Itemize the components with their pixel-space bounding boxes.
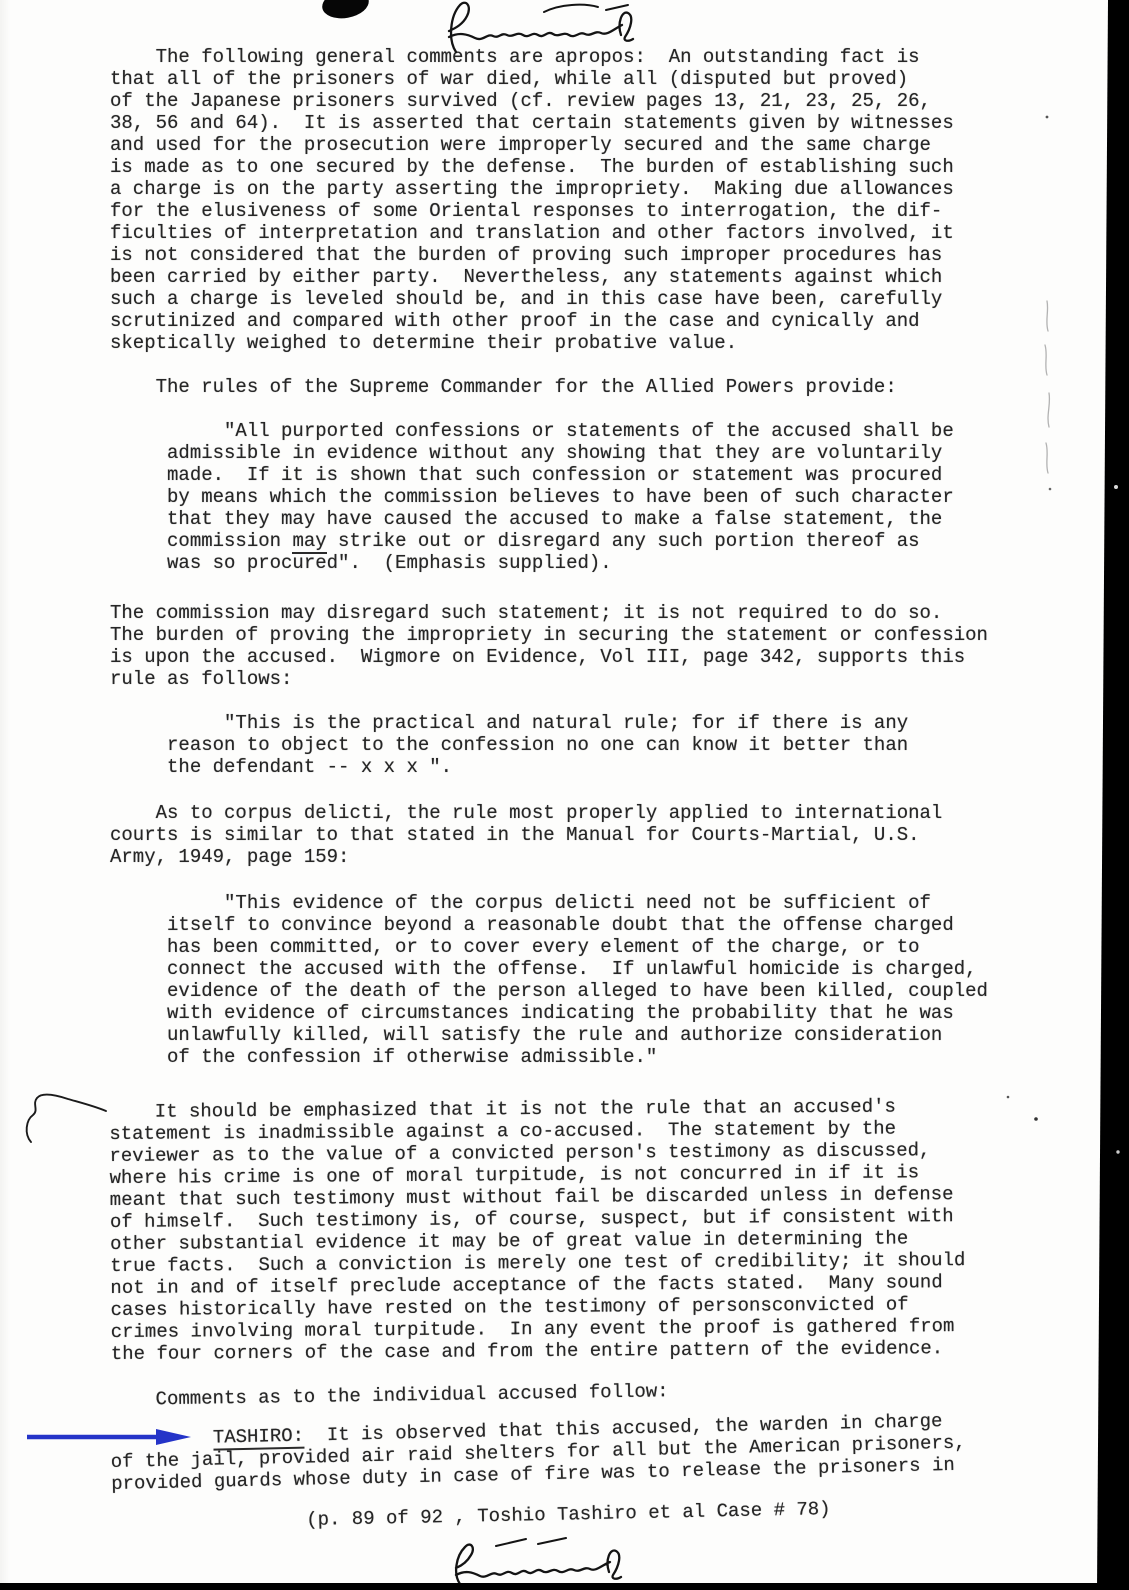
- text-line: that they may have caused the accused to…: [110, 508, 1090, 530]
- text-line: that all of the prisoners of war died, w…: [110, 68, 1090, 90]
- margin-pen-mark: [20, 1086, 130, 1148]
- text-line: and used for the prosecution were improp…: [110, 134, 1090, 156]
- handwritten-restricted-top: [432, 0, 682, 54]
- wigmore-quote: "This is the practical and natural rule;…: [110, 712, 1090, 778]
- handwritten-restricted-bottom: [440, 1536, 690, 1590]
- tashiro-paragraph: TASHIRO: It is observed that this accuse…: [110, 1407, 1091, 1495]
- text-line: for the elusiveness of some Oriental res…: [110, 200, 1090, 222]
- text-line: 38, 56 and 64). It is asserted that cert…: [110, 112, 1090, 134]
- text-line: been carried by either party. Neverthele…: [110, 266, 1090, 288]
- ink-blob: [320, 0, 371, 22]
- pencil-margin-marks: [1034, 295, 1078, 495]
- text-line: such a charge is leveled should be, and …: [110, 288, 1090, 310]
- page-citation: (p. 89 of 92 , Toshio Tashiro et al Case…: [306, 1493, 1090, 1531]
- text-line: admissible in evidence without any showi…: [110, 442, 1090, 464]
- text-line: The burden of proving the impropriety in…: [110, 624, 1090, 646]
- document-body: The following general comments are aprop…: [110, 46, 1090, 1531]
- text-line: Army, 1949, page 159:: [110, 846, 1090, 868]
- text-line: a charge is on the party asserting the i…: [110, 178, 1090, 200]
- co-accused-paragraph: It should be emphasized that it is not t…: [109, 1094, 1091, 1365]
- text-line: unlawfully killed, will satisfy the rule…: [110, 1024, 1090, 1046]
- scan-edge-bottom: [0, 1583, 1129, 1590]
- text-line: "All purported confessions or statements…: [110, 420, 1090, 442]
- text-line: skeptically weighed to determine their p…: [110, 332, 1090, 354]
- scanned-page: The following general comments are aprop…: [0, 0, 1129, 1590]
- text-line: is made as to one secured by the defense…: [110, 156, 1090, 178]
- text-line: of the confession if otherwise admissibl…: [110, 1046, 1090, 1068]
- text-line: itself to convince beyond a reasonable d…: [110, 914, 1090, 936]
- corpus-delicti-paragraph: As to corpus delicti, the rule most prop…: [110, 802, 1090, 868]
- text-line: Comments as to the individual accused fo…: [110, 1374, 1090, 1411]
- text-line: is not considered that the burden of pro…: [110, 244, 1090, 266]
- text-line: of the Japanese prisoners survived (cf. …: [110, 90, 1090, 112]
- text-line: "This evidence of the corpus delicti nee…: [110, 892, 1090, 914]
- text-line: was so procured". (Emphasis supplied).: [110, 552, 1090, 574]
- text-line: evidence of the death of the person alle…: [110, 980, 1090, 1002]
- comments-intro-line: Comments as to the individual accused fo…: [110, 1374, 1090, 1411]
- courts-martial-quote: "This evidence of the corpus delicti nee…: [110, 892, 1090, 1068]
- text-line: commission may strike out or disregard a…: [110, 530, 1090, 552]
- text-line: is upon the accused. Wigmore on Evidence…: [110, 646, 1090, 668]
- general-comments-paragraph: The following general comments are aprop…: [110, 46, 1090, 354]
- text-line: by means which the commission believes t…: [110, 486, 1090, 508]
- underlined-text: may: [292, 530, 326, 554]
- text-line: the defendant -- x x x ".: [110, 756, 1090, 778]
- text-line: rule as follows:: [110, 668, 1090, 690]
- text-line: made. If it is shown that such confessio…: [110, 464, 1090, 486]
- text-line: "This is the practical and natural rule;…: [110, 712, 1090, 734]
- scap-rules-intro: The rules of the Supreme Commander for t…: [110, 376, 1090, 398]
- commission-discretion-paragraph: The commission may disregard such statem…: [110, 602, 1090, 690]
- text-line: The rules of the Supreme Commander for t…: [110, 376, 1090, 398]
- scap-rules-quote: "All purported confessions or statements…: [110, 420, 1090, 574]
- text-line: reason to object to the confession no on…: [110, 734, 1090, 756]
- text-line: with evidence of circumstances indicatin…: [110, 1002, 1090, 1024]
- blue-arrow-annotation: [25, 1428, 193, 1446]
- text-line: connect the accused with the offense. If…: [110, 958, 1090, 980]
- text-line: has been committed, or to cover every el…: [110, 936, 1090, 958]
- text-line: courts is similar to that stated in the …: [110, 824, 1090, 846]
- scan-edge-right: [1089, 0, 1129, 1590]
- text-line: scrutinized and compared with other proo…: [110, 310, 1090, 332]
- text-line: As to corpus delicti, the rule most prop…: [110, 802, 1090, 824]
- text-line: (p. 89 of 92 , Toshio Tashiro et al Case…: [306, 1493, 1090, 1531]
- text-line: ficulties of interpretation and translat…: [110, 222, 1090, 244]
- text-line: The commission may disregard such statem…: [110, 602, 1090, 624]
